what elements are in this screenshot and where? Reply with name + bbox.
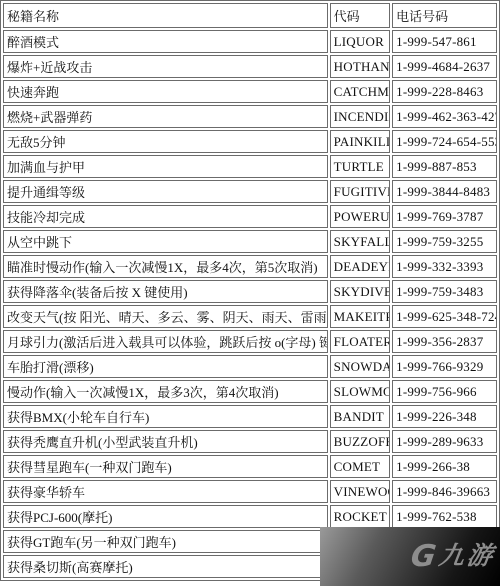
code-cell: ROCKET	[330, 505, 390, 528]
name-cell: 从空中跳下	[3, 230, 328, 253]
cheat-code-table: 秘籍名称代码电话号码 醉酒模式LIQUOR1-999-547-861爆炸+近战攻…	[0, 0, 500, 581]
name-cell: 获得GT跑车(另一种双门跑车)	[3, 530, 328, 553]
table-row: 获得PCJ-600(摩托)ROCKET1-999-762-538	[3, 505, 497, 528]
name-cell: 获得BMX(小轮车自行车)	[3, 405, 328, 428]
phone-cell: 1-999-759-3255	[392, 230, 497, 253]
phone-cell: 1-999-756-966	[392, 380, 497, 403]
table-row: 获得BMX(小轮车自行车)BANDIT1-999-226-348	[3, 405, 497, 428]
phone-cell: 1-999-547-861	[392, 30, 497, 53]
code-cell: DEADEYE	[330, 255, 390, 278]
name-cell: 无敌5分钟	[3, 130, 328, 153]
nine-game-logo-icon: G	[409, 542, 438, 572]
table-row: 加满血与护甲TURTLE1-999-887-853	[3, 155, 497, 178]
phone-cell: 1-999-766-9329	[392, 355, 497, 378]
code-cell: FLOATER	[330, 330, 390, 353]
watermark-overlay: G 九游	[320, 527, 500, 586]
name-cell: 车胎打滑(漂移)	[3, 355, 328, 378]
table-row: 改变天气(按 阳光、晴天、多云、雾、阴天、雨天、雷雨、下雪)MAKEITRAIN…	[3, 305, 497, 328]
name-cell: 提升通缉等级	[3, 180, 328, 203]
watermark-logo-text: 九游	[437, 543, 497, 570]
table-row: 车胎打滑(漂移)SNOWDAY1-999-766-9329	[3, 355, 497, 378]
name-cell: 获得彗星跑车(一种双门跑车)	[3, 455, 328, 478]
phone-cell: 1-999-226-348	[392, 405, 497, 428]
phone-cell: 1-999-332-3393	[392, 255, 497, 278]
name-cell: 加满血与护甲	[3, 155, 328, 178]
name-column-header: 秘籍名称	[3, 3, 328, 28]
table-row: 提升通缉等级FUGITIVE1-999-3844-8483	[3, 180, 497, 203]
table-row: 燃烧+武器弹药INCENDIARY1-999-462-363-4279	[3, 105, 497, 128]
code-cell: LIQUOR	[330, 30, 390, 53]
code-cell: SLOWMO	[330, 380, 390, 403]
code-cell: BUZZOFF	[330, 430, 390, 453]
table-row: 获得豪华轿车VINEWOOD1-999-846-39663	[3, 480, 497, 503]
table-row: 无敌5分钟PAINKILLER1-999-724-654-5537	[3, 130, 497, 153]
name-cell: 快速奔跑	[3, 80, 328, 103]
table-row: 月球引力(激活后进入载具可以体验，跳跃后按 o(字母) 键漂浮)FLOATER1…	[3, 330, 497, 353]
table-row: 技能冷却完成POWERUP1-999-769-3787	[3, 205, 497, 228]
page: 秘籍名称代码电话号码 醉酒模式LIQUOR1-999-547-861爆炸+近战攻…	[0, 0, 500, 586]
phone-cell: 1-999-289-9633	[392, 430, 497, 453]
phone-cell: 1-999-266-38	[392, 455, 497, 478]
name-cell: 获得豪华轿车	[3, 480, 328, 503]
table-row: 瞄准时慢动作(输入一次减慢1X，最多4次，第5次取消)DEADEYE1-999-…	[3, 255, 497, 278]
phone-column-header: 电话号码	[392, 3, 497, 28]
code-cell: SKYFALL	[330, 230, 390, 253]
name-cell: 获得降落伞(装备后按 X 键使用)	[3, 280, 328, 303]
phone-cell: 1-999-228-8463	[392, 80, 497, 103]
phone-cell: 1-999-759-3483	[392, 280, 497, 303]
code-cell: BANDIT	[330, 405, 390, 428]
phone-cell: 1-999-356-2837	[392, 330, 497, 353]
code-cell: POWERUP	[330, 205, 390, 228]
phone-cell: 1-999-846-39663	[392, 480, 497, 503]
name-cell: 燃烧+武器弹药	[3, 105, 328, 128]
phone-cell: 1-999-462-363-4279	[392, 105, 497, 128]
cheat-table-body: 醉酒模式LIQUOR1-999-547-861爆炸+近战攻击HOTHANDS1-…	[3, 30, 497, 578]
name-cell: 月球引力(激活后进入载具可以体验，跳跃后按 o(字母) 键漂浮)	[3, 330, 328, 353]
name-cell: 慢动作(输入一次减慢1X，最多3次，第4次取消)	[3, 380, 328, 403]
phone-cell: 1-999-625-348-7246	[392, 305, 497, 328]
code-cell: COMET	[330, 455, 390, 478]
name-cell: 瞄准时慢动作(输入一次减慢1X，最多4次，第5次取消)	[3, 255, 328, 278]
phone-cell: 1-999-3844-8483	[392, 180, 497, 203]
table-row: 慢动作(输入一次减慢1X，最多3次，第4次取消)SLOWMO1-999-756-…	[3, 380, 497, 403]
name-cell: 技能冷却完成	[3, 205, 328, 228]
table-row: 醉酒模式LIQUOR1-999-547-861	[3, 30, 497, 53]
name-cell: 爆炸+近战攻击	[3, 55, 328, 78]
phone-cell: 1-999-4684-2637	[392, 55, 497, 78]
table-row: 爆炸+近战攻击HOTHANDS1-999-4684-2637	[3, 55, 497, 78]
code-cell: CATCHME	[330, 80, 390, 103]
table-row: 从空中跳下SKYFALL1-999-759-3255	[3, 230, 497, 253]
header-row: 秘籍名称代码电话号码	[3, 3, 497, 28]
code-cell: VINEWOOD	[330, 480, 390, 503]
code-cell: FUGITIVE	[330, 180, 390, 203]
code-cell: TURTLE	[330, 155, 390, 178]
table-row: 获得彗星跑车(一种双门跑车)COMET1-999-266-38	[3, 455, 497, 478]
phone-cell: 1-999-887-853	[392, 155, 497, 178]
table-row: 获得降落伞(装备后按 X 键使用)SKYDIVE1-999-759-3483	[3, 280, 497, 303]
name-cell: 醉酒模式	[3, 30, 328, 53]
name-cell: 改变天气(按 阳光、晴天、多云、雾、阴天、雨天、雷雨、下雪)	[3, 305, 328, 328]
code-cell: HOTHANDS	[330, 55, 390, 78]
name-cell: 获得秃鹰直升机(小型武装直升机)	[3, 430, 328, 453]
phone-cell: 1-999-762-538	[392, 505, 497, 528]
name-cell: 获得PCJ-600(摩托)	[3, 505, 328, 528]
table-row: 获得秃鹰直升机(小型武装直升机)BUZZOFF1-999-289-9633	[3, 430, 497, 453]
table-row: 快速奔跑CATCHME1-999-228-8463	[3, 80, 497, 103]
name-cell: 获得桑切斯(高赛摩托)	[3, 555, 328, 578]
phone-cell: 1-999-724-654-5537	[392, 130, 497, 153]
code-cell: INCENDIARY	[330, 105, 390, 128]
code-cell: SNOWDAY	[330, 355, 390, 378]
code-cell: PAINKILLER	[330, 130, 390, 153]
code-cell: MAKEITRAIN	[330, 305, 390, 328]
code-column-header: 代码	[330, 3, 390, 28]
code-cell: SKYDIVE	[330, 280, 390, 303]
phone-cell: 1-999-769-3787	[392, 205, 497, 228]
